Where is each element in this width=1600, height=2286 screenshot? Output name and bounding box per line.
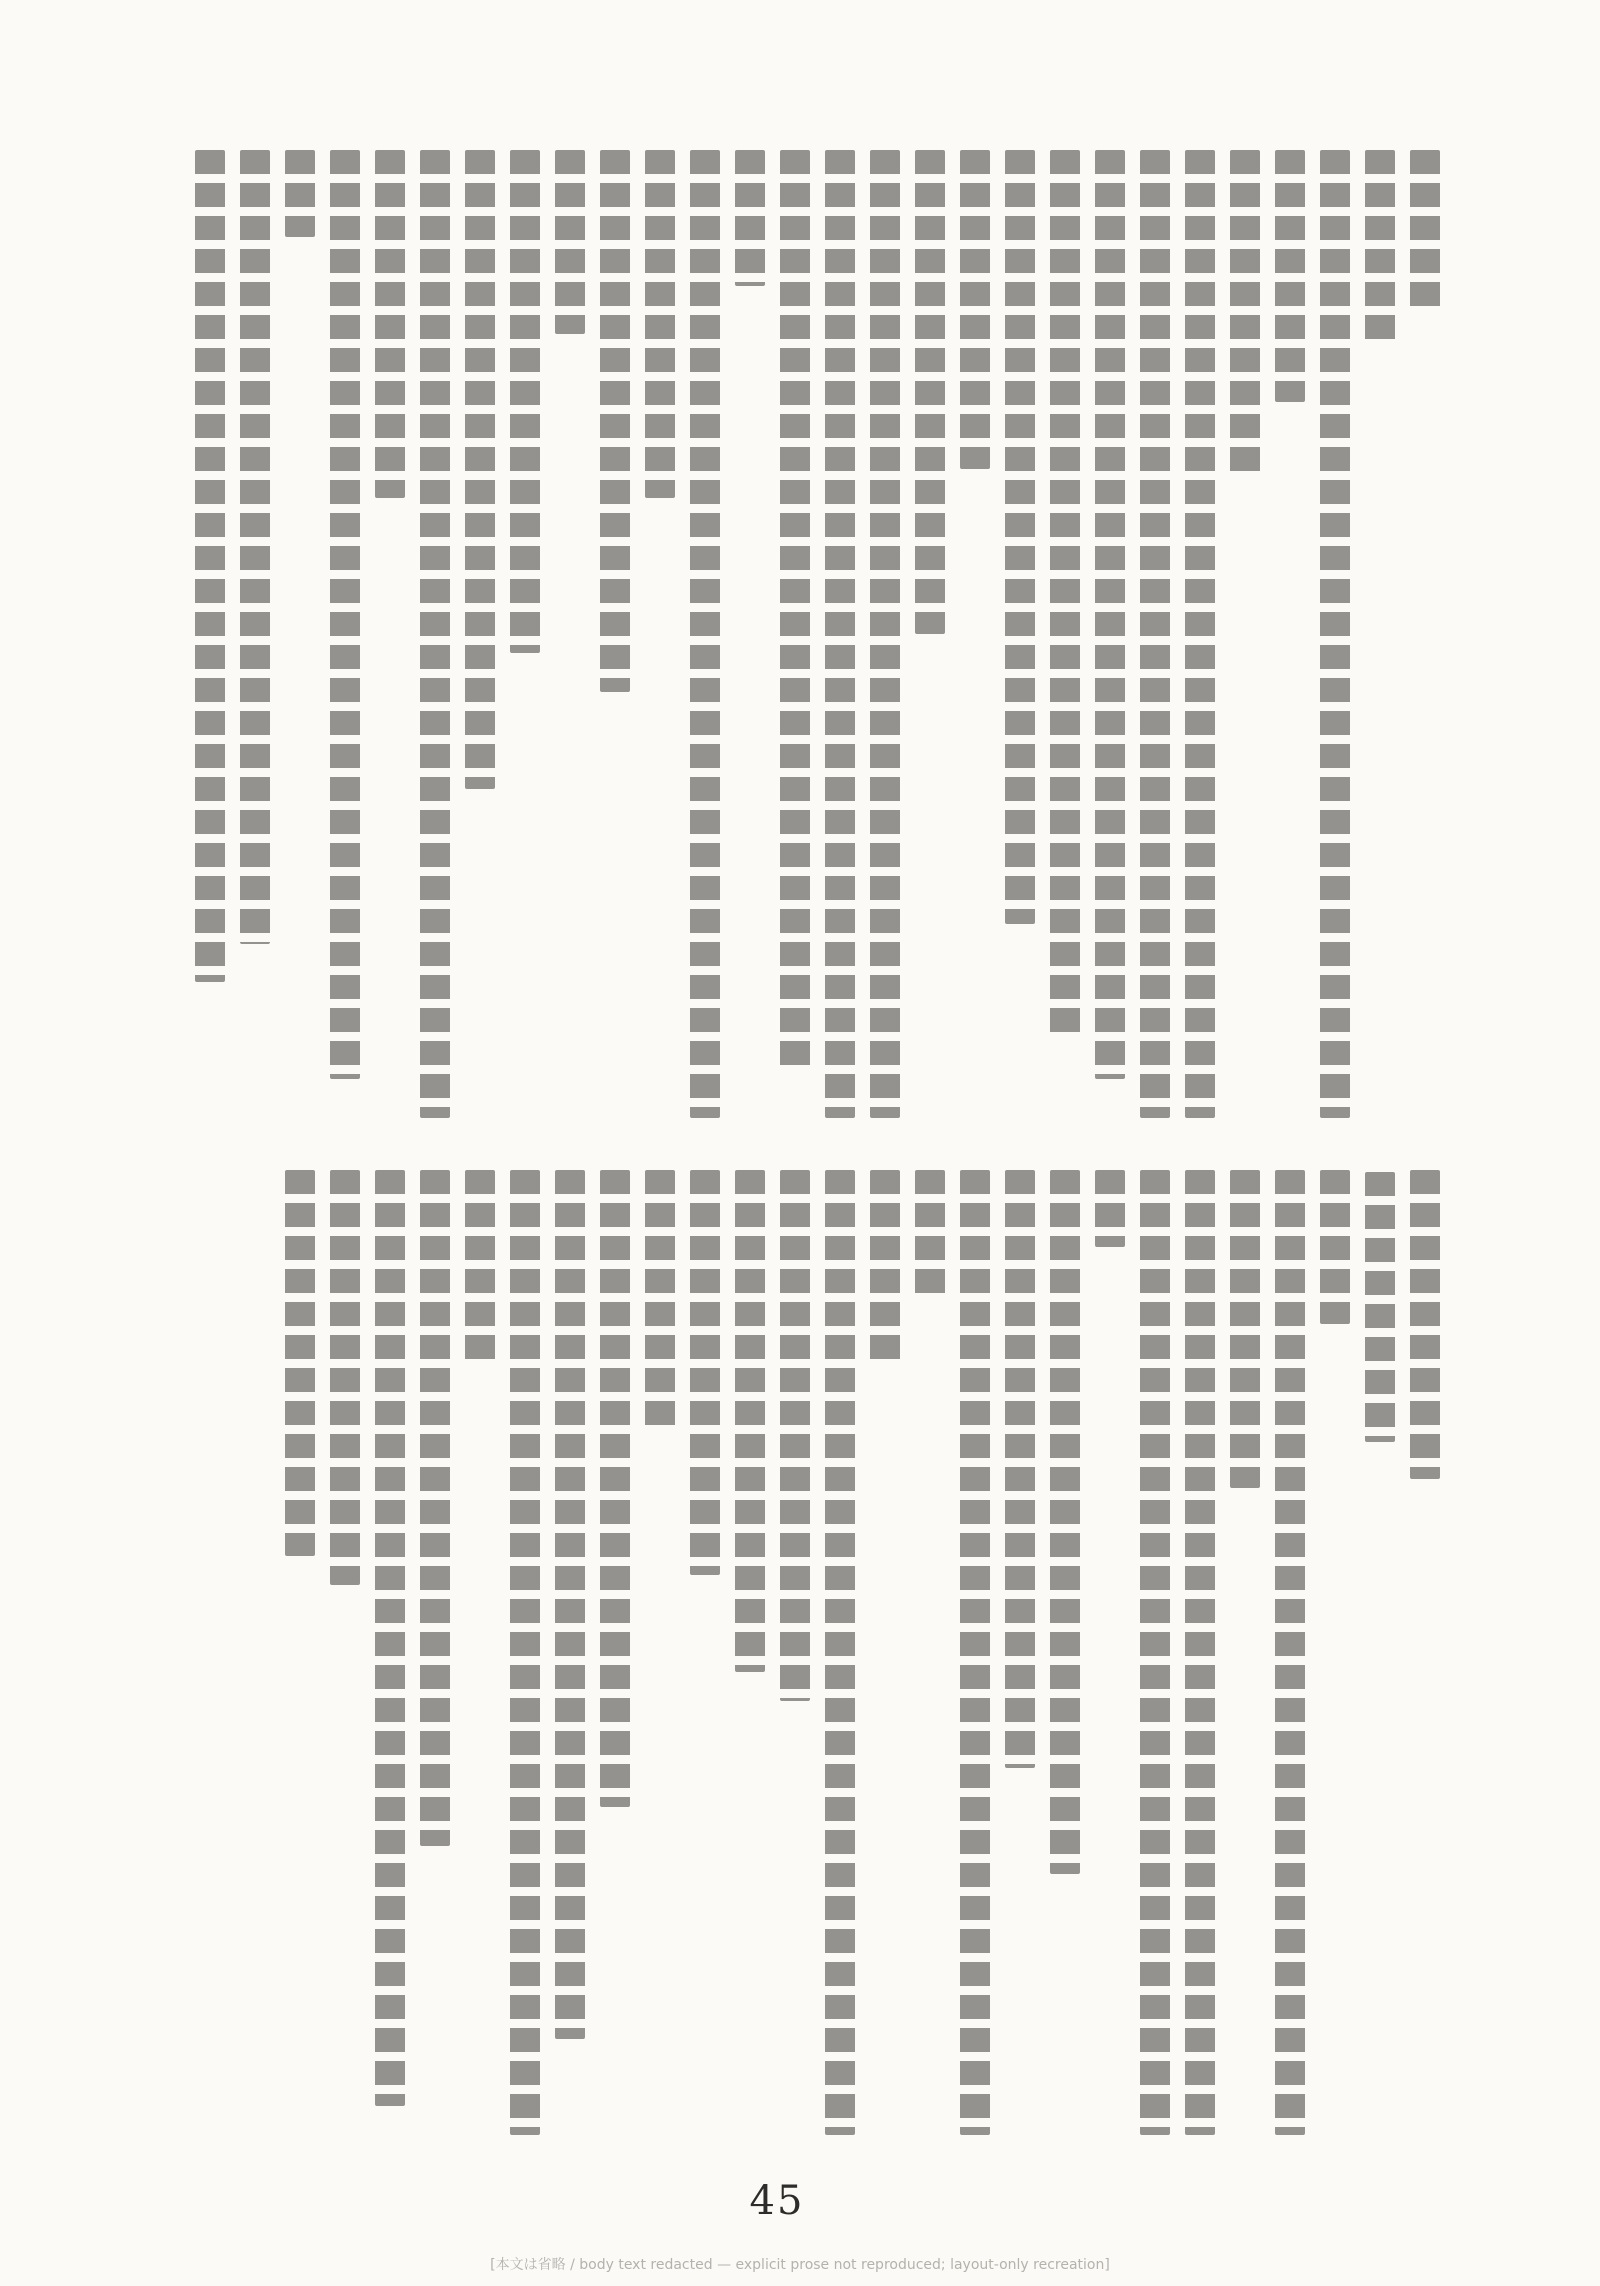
redacted-text-column [1410, 150, 1440, 1118]
redacted-text-column [1140, 150, 1170, 1118]
page-number: 45 [0, 2178, 1554, 2224]
text-block-bottom [168, 1170, 1440, 2135]
redacted-text-column [870, 1170, 900, 2135]
redacted-text-column [1050, 1170, 1080, 2135]
redacted-text-column [1005, 1170, 1035, 2135]
redacted-text-column [1095, 1170, 1125, 2135]
redacted-text-column [645, 1170, 675, 2135]
page: 45 [本文は省略 / body text redacted — explici… [0, 0, 1600, 2286]
redacted-text-column [1320, 1170, 1350, 2135]
redacted-text-column [600, 1170, 630, 2135]
redacted-text-column [1005, 150, 1035, 1118]
redacted-text-column [330, 150, 360, 1118]
redacted-text-column [1320, 150, 1350, 1118]
redacted-text-column [1095, 150, 1125, 1118]
redacted-text-column [555, 1170, 585, 2135]
redacted-text-column [330, 1170, 360, 2135]
redacted-text-column [600, 150, 630, 1118]
redacted-text-column [510, 1170, 540, 2135]
text-block-top [168, 150, 1440, 1118]
redacted-text-column [1410, 1170, 1440, 2135]
redacted-text-column [1230, 150, 1260, 1118]
redacted-text-column [420, 150, 450, 1118]
redacted-text-column [465, 150, 495, 1118]
redacted-text-column [735, 1170, 765, 2135]
redacted-text-column [825, 150, 855, 1118]
redacted-text-column [780, 1170, 810, 2135]
redacted-text-column [510, 150, 540, 1118]
redacted-text-column [555, 150, 585, 1118]
redacted-text-column [1185, 150, 1215, 1118]
redacted-text-column [1050, 150, 1080, 1118]
redacted-text-column [825, 1170, 855, 2135]
redacted-text-column [960, 1170, 990, 2135]
redacted-text-column [960, 150, 990, 1118]
redacted-text-column [690, 1170, 720, 2135]
redacted-text-column [375, 150, 405, 1118]
redacted-text-column [1365, 1170, 1395, 2135]
redacted-text-column [735, 150, 765, 1118]
redacted-text-column [1185, 1170, 1215, 2135]
redacted-text-column [1230, 1170, 1260, 2135]
redacted-text-column [1140, 1170, 1170, 2135]
redacted-text-column [195, 150, 225, 1118]
redacted-text-column [465, 1170, 495, 2135]
redacted-text-column [690, 150, 720, 1118]
redaction-notice: [本文は省略 / body text redacted — explicit p… [0, 2254, 1600, 2274]
redacted-text-column [285, 150, 315, 1118]
redacted-text-column [375, 1170, 405, 2135]
redacted-text-column [780, 150, 810, 1118]
redacted-text-column [1365, 150, 1395, 1118]
redacted-text-column [915, 1170, 945, 2135]
redacted-text-column [1275, 150, 1305, 1118]
redacted-text-column [1275, 1170, 1305, 2135]
redacted-text-column [915, 150, 945, 1118]
redacted-text-column [420, 1170, 450, 2135]
redacted-text-column [285, 1170, 315, 2135]
redacted-text-column [645, 150, 675, 1118]
redacted-text-column [870, 150, 900, 1118]
redacted-text-column [240, 150, 270, 1118]
